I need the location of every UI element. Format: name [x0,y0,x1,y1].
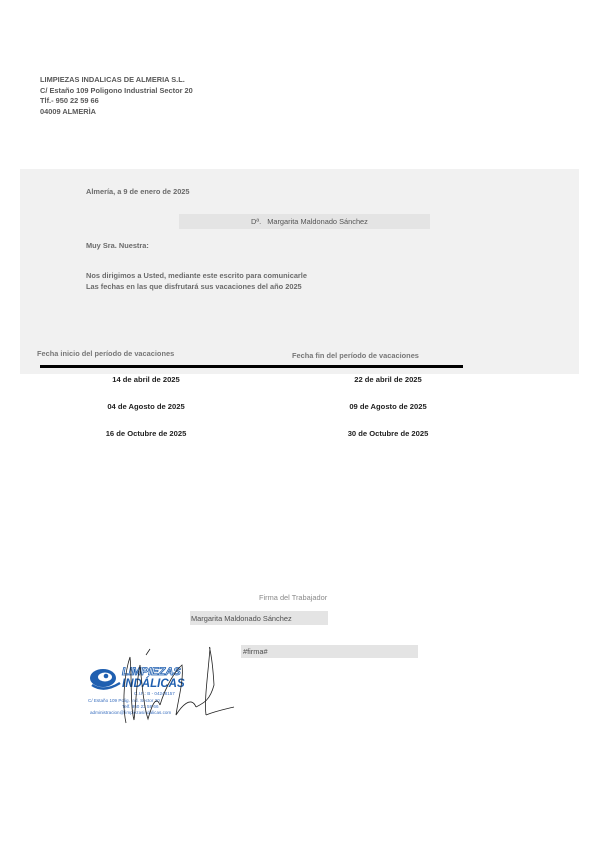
company-stamp: LIMPIEZAS INDÁLICAS C.I.F.: B - 04248157… [86,645,236,730]
column-header-end: Fecha fin del período de vacaciones [292,351,419,360]
stamp-email: administracion@limpiezasindalicas.com [90,710,171,715]
vacation-end-date: 09 de Agosto de 2025 [288,402,488,411]
company-postal: 04009 ALMERÌA [40,107,193,118]
recipient-title: Dª. [251,217,261,226]
place-date: Almería, a 9 de enero de 2025 [86,187,190,196]
signature-name: Margarita Maldonado Sánchez [191,614,292,623]
greeting: Muy Sra. Nuestra: [86,241,149,250]
recipient: Dª. Margarita Maldonado Sánchez [251,217,368,226]
vacation-end-date: 22 de abril de 2025 [288,375,488,384]
company-name: LIMPIEZAS INDALICAS DE ALMERIA S.L. [40,75,193,86]
stamp-cif: C.I.F.: B - 04248157 [134,691,175,696]
company-logo-icon [90,669,120,689]
company-address: C/ Estaño 109 Poligono Industrial Sector… [40,86,193,97]
company-phone: Tlf.- 950 22 59 66 [40,96,193,107]
column-header-start: Fecha inicio del período de vacaciones [37,349,174,358]
letter-body: Nos dirigimos a Usted, mediante este esc… [86,270,307,292]
vacation-end-date: 30 de Octubre de 2025 [288,429,488,438]
recipient-name: Margarita Maldonado Sánchez [267,217,368,226]
company-header: LIMPIEZAS INDALICAS DE ALMERIA S.L. C/ E… [40,75,193,117]
signature-placeholder: #firma# [243,647,268,656]
signature-label: Firma del Trabajador [259,593,327,602]
letter-body-line: Las fechas en las que disfrutará sus vac… [86,281,307,292]
header-divider [40,365,463,368]
vacation-start-date: 14 de abril de 2025 [46,375,246,384]
vacation-start-date: 04 de Agosto de 2025 [46,402,246,411]
stamp-graphic: LIMPIEZAS INDÁLICAS C.I.F.: B - 04248157… [86,645,236,730]
vacation-start-date: 16 de Octubre de 2025 [46,429,246,438]
letter-body-line: Nos dirigimos a Usted, mediante este esc… [86,270,307,281]
